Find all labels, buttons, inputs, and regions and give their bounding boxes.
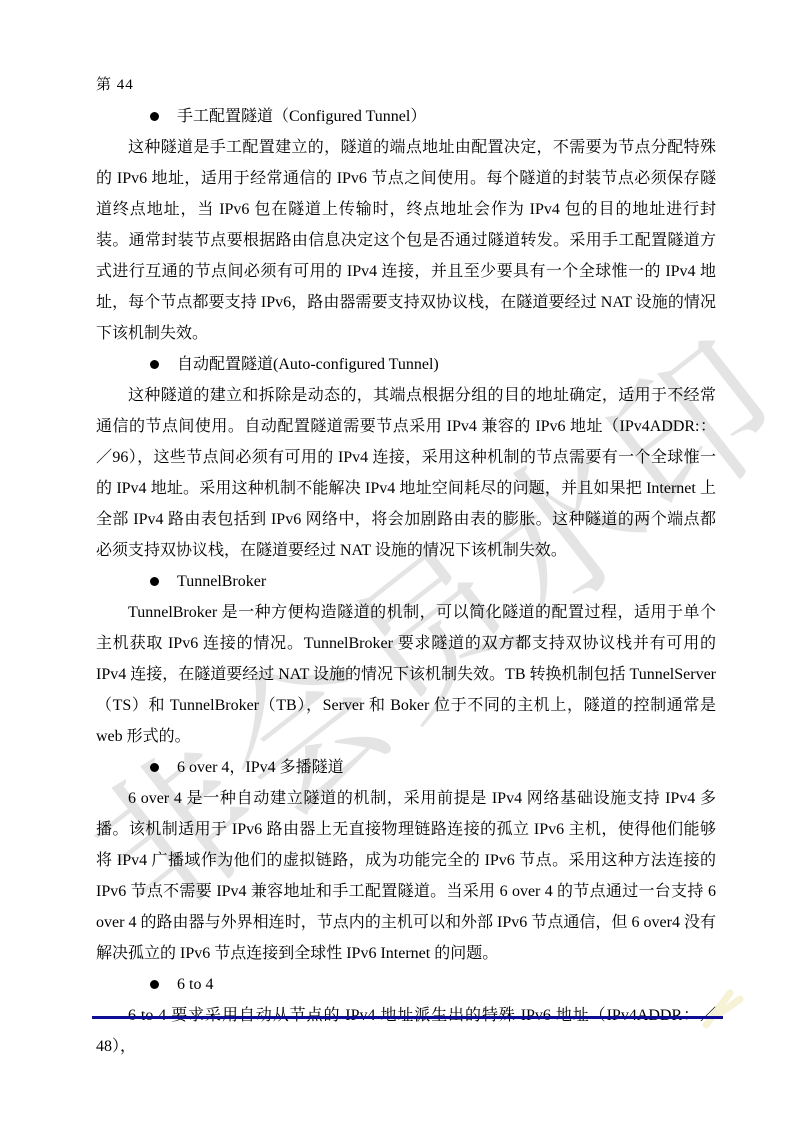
footer-divider-line <box>92 1016 723 1019</box>
bullet-item: 自动配置隧道(Auto-configured Tunnel) <box>96 349 716 380</box>
bullet-label: 自动配置隧道(Auto-configured Tunnel) <box>177 349 439 380</box>
page-number: 第 44 <box>96 70 716 101</box>
document-page: 非会员水印 第 44 手工配置隧道（Configured Tunnel）这种隧道… <box>0 0 793 1122</box>
bullet-icon <box>150 577 159 586</box>
page-content: 第 44 手工配置隧道（Configured Tunnel）这种隧道是手工配置建… <box>96 70 716 1062</box>
bullet-icon <box>150 763 159 772</box>
bullet-icon <box>150 360 159 369</box>
bullet-item: 手工配置隧道（Configured Tunnel） <box>96 101 716 132</box>
bullet-label: 6 over 4，IPv4 多播隧道 <box>177 752 344 783</box>
bullet-item: 6 over 4，IPv4 多播隧道 <box>96 752 716 783</box>
bullet-item: TunnelBroker <box>96 566 716 597</box>
bullet-label: TunnelBroker <box>177 566 266 597</box>
paragraph: 这种隧道的建立和拆除是动态的，其端点根据分组的目的地址确定，适用于不经常通信的节… <box>96 380 716 566</box>
bullet-item: 6 to 4 <box>96 969 716 1000</box>
paragraph: 这种隧道是手工配置建立的，隧道的端点地址由配置决定，不需要为节点分配特殊的 IP… <box>96 132 716 349</box>
bullet-label: 6 to 4 <box>177 969 213 1000</box>
paragraph: 6 over 4 是一种自动建立隧道的机制，采用前提是 IPv4 网络基础设施支… <box>96 783 716 969</box>
text-blocks: 手工配置隧道（Configured Tunnel）这种隧道是手工配置建立的，隧道… <box>96 101 716 1062</box>
paragraph: TunnelBroker 是一种方便构造隧道的机制，可以简化隧道的配置过程，适用… <box>96 597 716 752</box>
paragraph: 6 to 4 要求采用自动从节点的 IPv4 地址派生出的特殊 IPv6 地址（… <box>96 1000 716 1062</box>
bullet-icon <box>150 980 159 989</box>
bullet-icon <box>150 112 159 121</box>
bullet-label: 手工配置隧道（Configured Tunnel） <box>177 101 426 132</box>
